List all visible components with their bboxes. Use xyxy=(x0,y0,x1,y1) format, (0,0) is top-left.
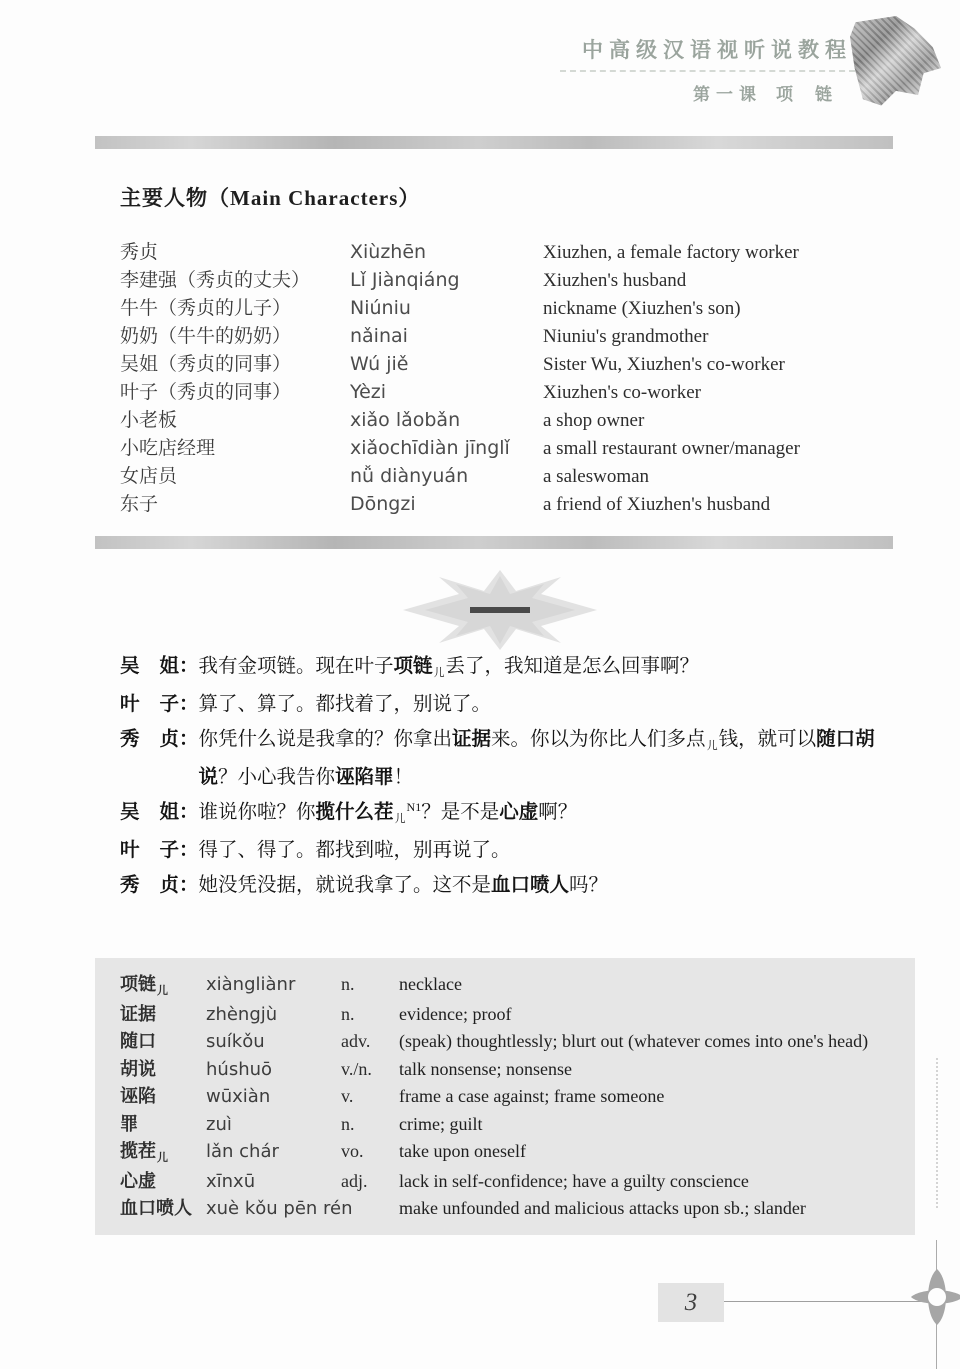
lesson-title: 项链 xyxy=(776,85,854,105)
vocab-word: 证据 xyxy=(120,1001,206,1029)
speaker-char: 吴 xyxy=(120,794,140,829)
speaker-char: 贞 xyxy=(159,867,179,902)
scene-divider: 一 xyxy=(400,568,600,652)
section-number: 一 xyxy=(470,607,530,613)
heading-chinese: 主要人物 xyxy=(120,186,208,210)
dialogue-colon: ： xyxy=(179,794,199,829)
vocab-part-of-speech: n. xyxy=(341,1111,399,1139)
vocab-part-of-speech: adv. xyxy=(341,1028,399,1056)
character-pinyin: Lǐ Jiànqiáng xyxy=(350,268,543,293)
speaker-char: 叶 xyxy=(120,686,140,721)
character-name: 叶子（秀贞的同事） xyxy=(120,380,350,405)
character-row: 叶子（秀贞的同事）YèziXiuzhen's co-worker xyxy=(120,380,892,405)
character-description: a shop owner xyxy=(543,408,892,433)
vocab-pinyin: wūxiàn xyxy=(206,1083,341,1111)
dialogue-segment: ！ xyxy=(394,765,414,788)
character-pinyin: Dōngzi xyxy=(350,492,543,517)
dialogue-segment: 啊？ xyxy=(538,800,577,823)
character-pinyin: Xiùzhēn xyxy=(350,240,543,265)
dialogue-segment: 来。你以为你比人们多点 xyxy=(491,727,706,750)
vocabulary-list: 项链儿xiàngliànrn.necklace证据zhèngjùn.eviden… xyxy=(95,971,915,1223)
dialogue-speaker: 秀贞 xyxy=(120,721,179,756)
vocabulary-box: 项链儿xiàngliànrn.necklace证据zhèngjùn.eviden… xyxy=(95,958,915,1235)
speaker-char: 贞 xyxy=(159,721,179,756)
vocab-definition: (speak) thoughtlessly; blurt out (whatev… xyxy=(399,1028,897,1056)
character-description: a friend of Xiuzhen's husband xyxy=(543,492,892,517)
heading-english: （Main Characters） xyxy=(208,186,420,210)
lesson-heading: 第一课项链 xyxy=(693,80,854,105)
dialogue-speaker: 吴姐 xyxy=(120,794,179,829)
dialogue-speaker: 叶子 xyxy=(120,832,179,867)
vocab-word: 胡说 xyxy=(120,1056,206,1084)
vocab-definition: necklace xyxy=(399,971,897,999)
page-number: 3 xyxy=(685,1289,698,1317)
character-pinyin: nǎinai xyxy=(350,324,543,349)
margin-scan-marks xyxy=(936,1058,938,1208)
vocab-pinyin: zuì xyxy=(206,1111,341,1139)
corner-artwork-image xyxy=(850,16,942,120)
speaker-char: 子 xyxy=(159,686,179,721)
character-pinyin: Niúniu xyxy=(350,296,543,321)
vocab-pinyin: húshuō xyxy=(206,1056,341,1084)
dialogue-segment: 你凭什么说是我拿的？你拿出 xyxy=(199,727,453,750)
dialogue-segment: 儿 xyxy=(395,812,406,825)
dialogue-line: 叶子：得了、得了。都找到啦，别再说了。 xyxy=(120,832,898,867)
vocab-row: 罪zuìn.crime; guilt xyxy=(95,1111,915,1139)
vocab-part-of-speech: adj. xyxy=(341,1168,399,1196)
vocab-definition: take upon oneself xyxy=(399,1138,897,1166)
dialogue-colon: ： xyxy=(179,721,199,756)
dialogue-segment: 诬陷罪 xyxy=(335,765,394,788)
vocab-word: 罪 xyxy=(120,1111,206,1139)
speaker-char: 叶 xyxy=(120,832,140,867)
character-row: 小吃店经理xiǎochīdiàn jīnglǐa small restauran… xyxy=(120,436,892,461)
character-row: 吴姐（秀贞的同事）Wú jiěSister Wu, Xiuzhen's co-w… xyxy=(120,352,892,377)
page-number-box: 3 xyxy=(658,1283,724,1322)
vocab-word: 心虚 xyxy=(120,1168,206,1196)
vocab-row: 证据zhèngjùn.evidence; proof xyxy=(95,1001,915,1029)
dialogue-line: 秀贞：你凭什么说是我拿的？你拿出证据来。你以为你比人们多点儿钱，就可以随口胡说？… xyxy=(120,721,898,794)
vocab-pinyin: xuè kǒu pēn rén xyxy=(206,1195,341,1223)
dialogue-text: 你凭什么说是我拿的？你拿出证据来。你以为你比人们多点儿钱，就可以随口胡说？小心我… xyxy=(199,721,898,794)
character-description: nickname (Xiuzhen's son) xyxy=(543,296,892,321)
compass-ornament xyxy=(905,1265,960,1329)
vocab-word: 血口喷人 xyxy=(120,1195,206,1223)
dialogue-colon: ： xyxy=(179,686,199,721)
speaker-char: 吴 xyxy=(120,648,140,683)
vocab-definition: frame a case against; frame someone xyxy=(399,1083,897,1111)
main-characters-heading: 主要人物（Main Characters） xyxy=(120,182,420,212)
dialogue-speaker: 叶子 xyxy=(120,686,179,721)
character-description: Xiuzhen's co-worker xyxy=(543,380,892,405)
vocab-pinyin: suíkǒu xyxy=(206,1028,341,1056)
dialogue-segment: 钱，就可以 xyxy=(719,727,817,750)
character-description: Xiuzhen's husband xyxy=(543,268,892,293)
vocab-pinyin: zhèngjù xyxy=(206,1001,341,1029)
character-pinyin: Yèzi xyxy=(350,380,543,405)
vocab-part-of-speech: n. xyxy=(341,971,399,999)
character-name: 秀贞 xyxy=(120,240,350,265)
dialogue-segment: 丢了，我知道是怎么回事啊？ xyxy=(446,654,700,677)
character-description: a small restaurant owner/manager xyxy=(543,436,892,461)
vocab-part-of-speech: n. xyxy=(341,1001,399,1029)
vocab-row: 随口suíkǒuadv.(speak) thoughtlessly; blurt… xyxy=(95,1028,915,1056)
dialogue-segment: ？小心我告你 xyxy=(218,765,335,788)
speaker-char: 秀 xyxy=(120,721,140,756)
dialogue-segment: 算了、算了。都找着了，别说了。 xyxy=(199,692,492,715)
character-description: Niuniu's grandmother xyxy=(543,324,892,349)
character-pinyin: xiǎochīdiàn jīnglǐ xyxy=(350,436,543,461)
character-row: 小老板xiǎo lǎobǎna shop owner xyxy=(120,408,892,433)
dialogue-speaker: 秀贞 xyxy=(120,867,179,902)
character-row: 东子Dōngzia friend of Xiuzhen's husband xyxy=(120,492,892,517)
vocab-definition: evidence; proof xyxy=(399,1001,897,1029)
dialogue-line: 吴姐：我有金项链。现在叶子项链儿丢了，我知道是怎么回事啊？ xyxy=(120,648,898,686)
vocab-pinyin: xīnxū xyxy=(206,1168,341,1196)
vocab-word: 揽茬儿 xyxy=(120,1138,206,1168)
vocab-part-of-speech: v. xyxy=(341,1083,399,1111)
speaker-char: 秀 xyxy=(120,867,140,902)
character-name: 女店员 xyxy=(120,464,350,489)
character-name: 小老板 xyxy=(120,408,350,433)
erhua-suffix: 儿 xyxy=(157,1151,168,1164)
dialogue-segment: N1 xyxy=(407,800,422,814)
speaker-char: 姐 xyxy=(159,648,179,683)
character-row: 女店员nǚ diànyuána saleswoman xyxy=(120,464,892,489)
characters-table: 秀贞XiùzhēnXiuzhen, a female factory worke… xyxy=(120,240,892,517)
dialogue-text: 得了、得了。都找到啦，别再说了。 xyxy=(199,832,898,867)
speaker-char: 子 xyxy=(159,832,179,867)
vocab-row: 项链儿xiàngliànrn.necklace xyxy=(95,971,915,1001)
dialogue-segment: 她没凭没据，就说我拿了。这不是 xyxy=(199,873,492,896)
character-pinyin: nǚ diànyuán xyxy=(350,464,543,489)
character-row: 秀贞XiùzhēnXiuzhen, a female factory worke… xyxy=(120,240,892,265)
dialogue-segment: 得了、得了。都找到啦，别再说了。 xyxy=(199,838,511,861)
character-row: 奶奶（牛牛的奶奶）nǎinaiNiuniu's grandmother xyxy=(120,324,892,349)
vocab-pinyin: xiàngliànr xyxy=(206,971,341,999)
character-description: Sister Wu, Xiuzhen's co-worker xyxy=(543,352,892,377)
vocab-definition: make unfounded and malicious attacks upo… xyxy=(399,1195,897,1223)
vocab-part-of-speech: vo. xyxy=(341,1138,399,1166)
vocab-definition: crime; guilt xyxy=(399,1111,897,1139)
vocab-row: 心虚xīnxūadj.lack in self-confidence; have… xyxy=(95,1168,915,1196)
dialogue-line: 秀贞：她没凭没据，就说我拿了。这不是血口喷人吗？ xyxy=(120,867,898,902)
dialogue-text: 算了、算了。都找着了，别说了。 xyxy=(199,686,898,721)
vocab-part-of-speech: v./n. xyxy=(341,1056,399,1084)
vocab-row: 胡说húshuōv./n.talk nonsense; nonsense xyxy=(95,1056,915,1084)
dialogue-segment: 谁说你啦？你 xyxy=(199,800,316,823)
speaker-char: 姐 xyxy=(159,794,179,829)
dialogue-segment: ？是不是 xyxy=(421,800,499,823)
character-row: 李建强（秀贞的丈夫）Lǐ JiànqiángXiuzhen's husband xyxy=(120,268,892,293)
textbook-page: 中高级汉语视听说教程 第一课项链 主要人物（Main Characters） 秀… xyxy=(0,0,960,1369)
dialogue-line: 吴姐：谁说你啦？你揽什么茬儿N1？是不是心虚啊？ xyxy=(120,794,898,832)
header-dashed-rule xyxy=(560,70,865,72)
dialogue-segment: 项链 xyxy=(394,654,433,677)
section-divider-bar-bottom xyxy=(95,536,893,549)
character-name: 东子 xyxy=(120,492,350,517)
vocab-definition: talk nonsense; nonsense xyxy=(399,1056,897,1084)
character-name: 李建强（秀贞的丈夫） xyxy=(120,268,350,293)
vocab-row: 揽茬儿lǎn chárvo.take upon oneself xyxy=(95,1138,915,1168)
dialogue-segment: 揽什么茬 xyxy=(316,800,394,823)
character-name: 奶奶（牛牛的奶奶） xyxy=(120,324,350,349)
character-name: 小吃店经理 xyxy=(120,436,350,461)
dialogue-segment: 心虚 xyxy=(499,800,538,823)
dialogue-text: 谁说你啦？你揽什么茬儿N1？是不是心虚啊？ xyxy=(199,794,898,832)
dialogue-text: 她没凭没据，就说我拿了。这不是血口喷人吗？ xyxy=(199,867,898,902)
dialogue-text: 我有金项链。现在叶子项链儿丢了，我知道是怎么回事啊？ xyxy=(199,648,898,686)
dialogue-segment: 证据 xyxy=(452,727,491,750)
dialogue-segment: 血口喷人 xyxy=(491,873,569,896)
character-name: 吴姐（秀贞的同事） xyxy=(120,352,350,377)
erhua-suffix: 儿 xyxy=(157,984,168,997)
lesson-number: 第一课 xyxy=(693,85,762,105)
dialogue-segment: 吗？ xyxy=(569,873,608,896)
dialogue-speaker: 吴姐 xyxy=(120,648,179,683)
book-title: 中高级汉语视听说教程 xyxy=(582,34,852,64)
dialogue-line: 叶子：算了、算了。都找着了，别说了。 xyxy=(120,686,898,721)
vocab-row: 诬陷wūxiànv.frame a case against; frame so… xyxy=(95,1083,915,1111)
character-pinyin: xiǎo lǎobǎn xyxy=(350,408,543,433)
character-pinyin: Wú jiě xyxy=(350,352,543,377)
dialogue-colon: ： xyxy=(179,648,199,683)
dialogue-colon: ： xyxy=(179,832,199,867)
character-description: Xiuzhen, a female factory worker xyxy=(543,240,892,265)
dialogue-segment: 我有金项链。现在叶子 xyxy=(199,654,394,677)
vocab-pinyin: lǎn chár xyxy=(206,1138,341,1166)
vocab-word: 项链儿 xyxy=(120,971,206,1001)
dialogue-segment: 儿 xyxy=(434,666,445,679)
section-divider-bar-top xyxy=(95,136,893,149)
character-name: 牛牛（秀贞的儿子） xyxy=(120,296,350,321)
character-description: a saleswoman xyxy=(543,464,892,489)
vocab-word: 诬陷 xyxy=(120,1083,206,1111)
dialogue-colon: ： xyxy=(179,867,199,902)
vocab-definition: lack in self-confidence; have a guilty c… xyxy=(399,1168,897,1196)
character-row: 牛牛（秀贞的儿子）Niúniunickname (Xiuzhen's son) xyxy=(120,296,892,321)
dialogue-segment: 儿 xyxy=(707,739,718,752)
dialogue: 吴姐：我有金项链。现在叶子项链儿丢了，我知道是怎么回事啊？叶子：算了、算了。都找… xyxy=(120,648,898,902)
vocab-row: 血口喷人xuè kǒu pēn rénmake unfounded and ma… xyxy=(95,1195,915,1223)
vocab-word: 随口 xyxy=(120,1028,206,1056)
